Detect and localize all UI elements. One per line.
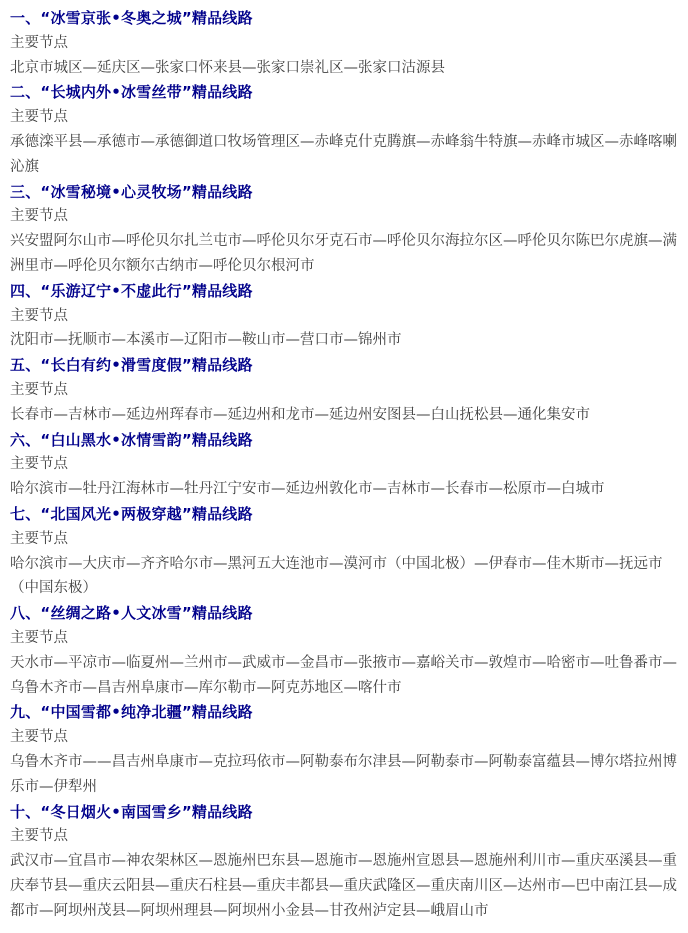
route-heading: 二、“长城内外•冰雪丝带”精品线路 (10, 80, 678, 105)
route-section-4: 四、“乐游辽宁•不虚此行”精品线路 主要节点 沈阳市—抚顺市—本溪市—辽阳市—鞍… (10, 279, 678, 353)
route-heading: 八、“丝绸之路•人文冰雪”精品线路 (10, 601, 678, 626)
route-section-6: 六、“白山黑水•冰情雪韵”精品线路 主要节点 哈尔滨市—牡丹江海林市—牡丹江宁安… (10, 428, 678, 502)
route-section-8: 八、“丝绸之路•人文冰雪”精品线路 主要节点 天水市—平凉市—临夏州—兰州市—武… (10, 601, 678, 700)
route-heading: 十、“冬日烟火•南国雪乡”精品线路 (10, 800, 678, 825)
main-nodes-label: 主要节点 (10, 527, 678, 552)
route-heading: 四、“乐游辽宁•不虚此行”精品线路 (10, 279, 678, 304)
route-section-1: 一、“冰雪京张•冬奥之城”精品线路 主要节点 北京市城区—延庆区—张家口怀来县—… (10, 6, 678, 80)
route-nodes: 乌鲁木齐市——昌吉州阜康市—克拉玛依市—阿勒泰布尔津县—阿勒泰市—阿勒泰富蕴县—… (10, 750, 678, 800)
route-nodes: 承德滦平县—承德市—承德御道口牧场管理区—赤峰克什克腾旗—赤峰翁牛特旗—赤峰市城… (10, 130, 678, 180)
route-nodes: 武汉市—宜昌市—神农架林区—恩施州巴东县—恩施市—恩施州宣恩县—恩施州利川市—重… (10, 849, 678, 923)
route-section-2: 二、“长城内外•冰雪丝带”精品线路 主要节点 承德滦平县—承德市—承德御道口牧场… (10, 80, 678, 179)
route-heading: 五、“长白有约•滑雪度假”精品线路 (10, 353, 678, 378)
main-nodes-label: 主要节点 (10, 452, 678, 477)
route-nodes: 长春市—吉林市—延边州珲春市—延边州和龙市—延边州安图县—白山抚松县—通化集安市 (10, 403, 678, 428)
main-nodes-label: 主要节点 (10, 31, 678, 56)
route-nodes: 哈尔滨市—大庆市—齐齐哈尔市—黑河五大连池市—漠河市（中国北极）—伊春市—佳木斯… (10, 552, 678, 602)
route-section-10: 十、“冬日烟火•南国雪乡”精品线路 主要节点 武汉市—宜昌市—神农架林区—恩施州… (10, 800, 678, 924)
route-nodes: 沈阳市—抚顺市—本溪市—辽阳市—鞍山市—营口市—锦州市 (10, 328, 678, 353)
main-nodes-label: 主要节点 (10, 304, 678, 329)
route-heading: 九、“中国雪都•纯净北疆”精品线路 (10, 700, 678, 725)
routes-document: 一、“冰雪京张•冬奥之城”精品线路 主要节点 北京市城区—延庆区—张家口怀来县—… (0, 0, 688, 931)
route-heading: 六、“白山黑水•冰情雪韵”精品线路 (10, 428, 678, 453)
route-heading: 一、“冰雪京张•冬奥之城”精品线路 (10, 6, 678, 31)
route-nodes: 北京市城区—延庆区—张家口怀来县—张家口崇礼区—张家口沽源县 (10, 56, 678, 81)
route-section-7: 七、“北国风光•两极穿越”精品线路 主要节点 哈尔滨市—大庆市—齐齐哈尔市—黑河… (10, 502, 678, 601)
route-nodes: 兴安盟阿尔山市—呼伦贝尔扎兰屯市—呼伦贝尔牙克石市—呼伦贝尔海拉尔区—呼伦贝尔陈… (10, 229, 678, 279)
route-section-9: 九、“中国雪都•纯净北疆”精品线路 主要节点 乌鲁木齐市——昌吉州阜康市—克拉玛… (10, 700, 678, 799)
route-nodes: 天水市—平凉市—临夏州—兰州市—武威市—金昌市—张掖市—嘉峪关市—敦煌市—哈密市… (10, 651, 678, 701)
route-section-5: 五、“长白有约•滑雪度假”精品线路 主要节点 长春市—吉林市—延边州珲春市—延边… (10, 353, 678, 427)
main-nodes-label: 主要节点 (10, 204, 678, 229)
route-heading: 七、“北国风光•两极穿越”精品线路 (10, 502, 678, 527)
main-nodes-label: 主要节点 (10, 824, 678, 849)
route-heading: 三、“冰雪秘境•心灵牧场”精品线路 (10, 180, 678, 205)
main-nodes-label: 主要节点 (10, 378, 678, 403)
main-nodes-label: 主要节点 (10, 626, 678, 651)
main-nodes-label: 主要节点 (10, 725, 678, 750)
route-section-3: 三、“冰雪秘境•心灵牧场”精品线路 主要节点 兴安盟阿尔山市—呼伦贝尔扎兰屯市—… (10, 180, 678, 279)
main-nodes-label: 主要节点 (10, 105, 678, 130)
route-nodes: 哈尔滨市—牡丹江海林市—牡丹江宁安市—延边州敦化市—吉林市—长春市—松原市—白城… (10, 477, 678, 502)
